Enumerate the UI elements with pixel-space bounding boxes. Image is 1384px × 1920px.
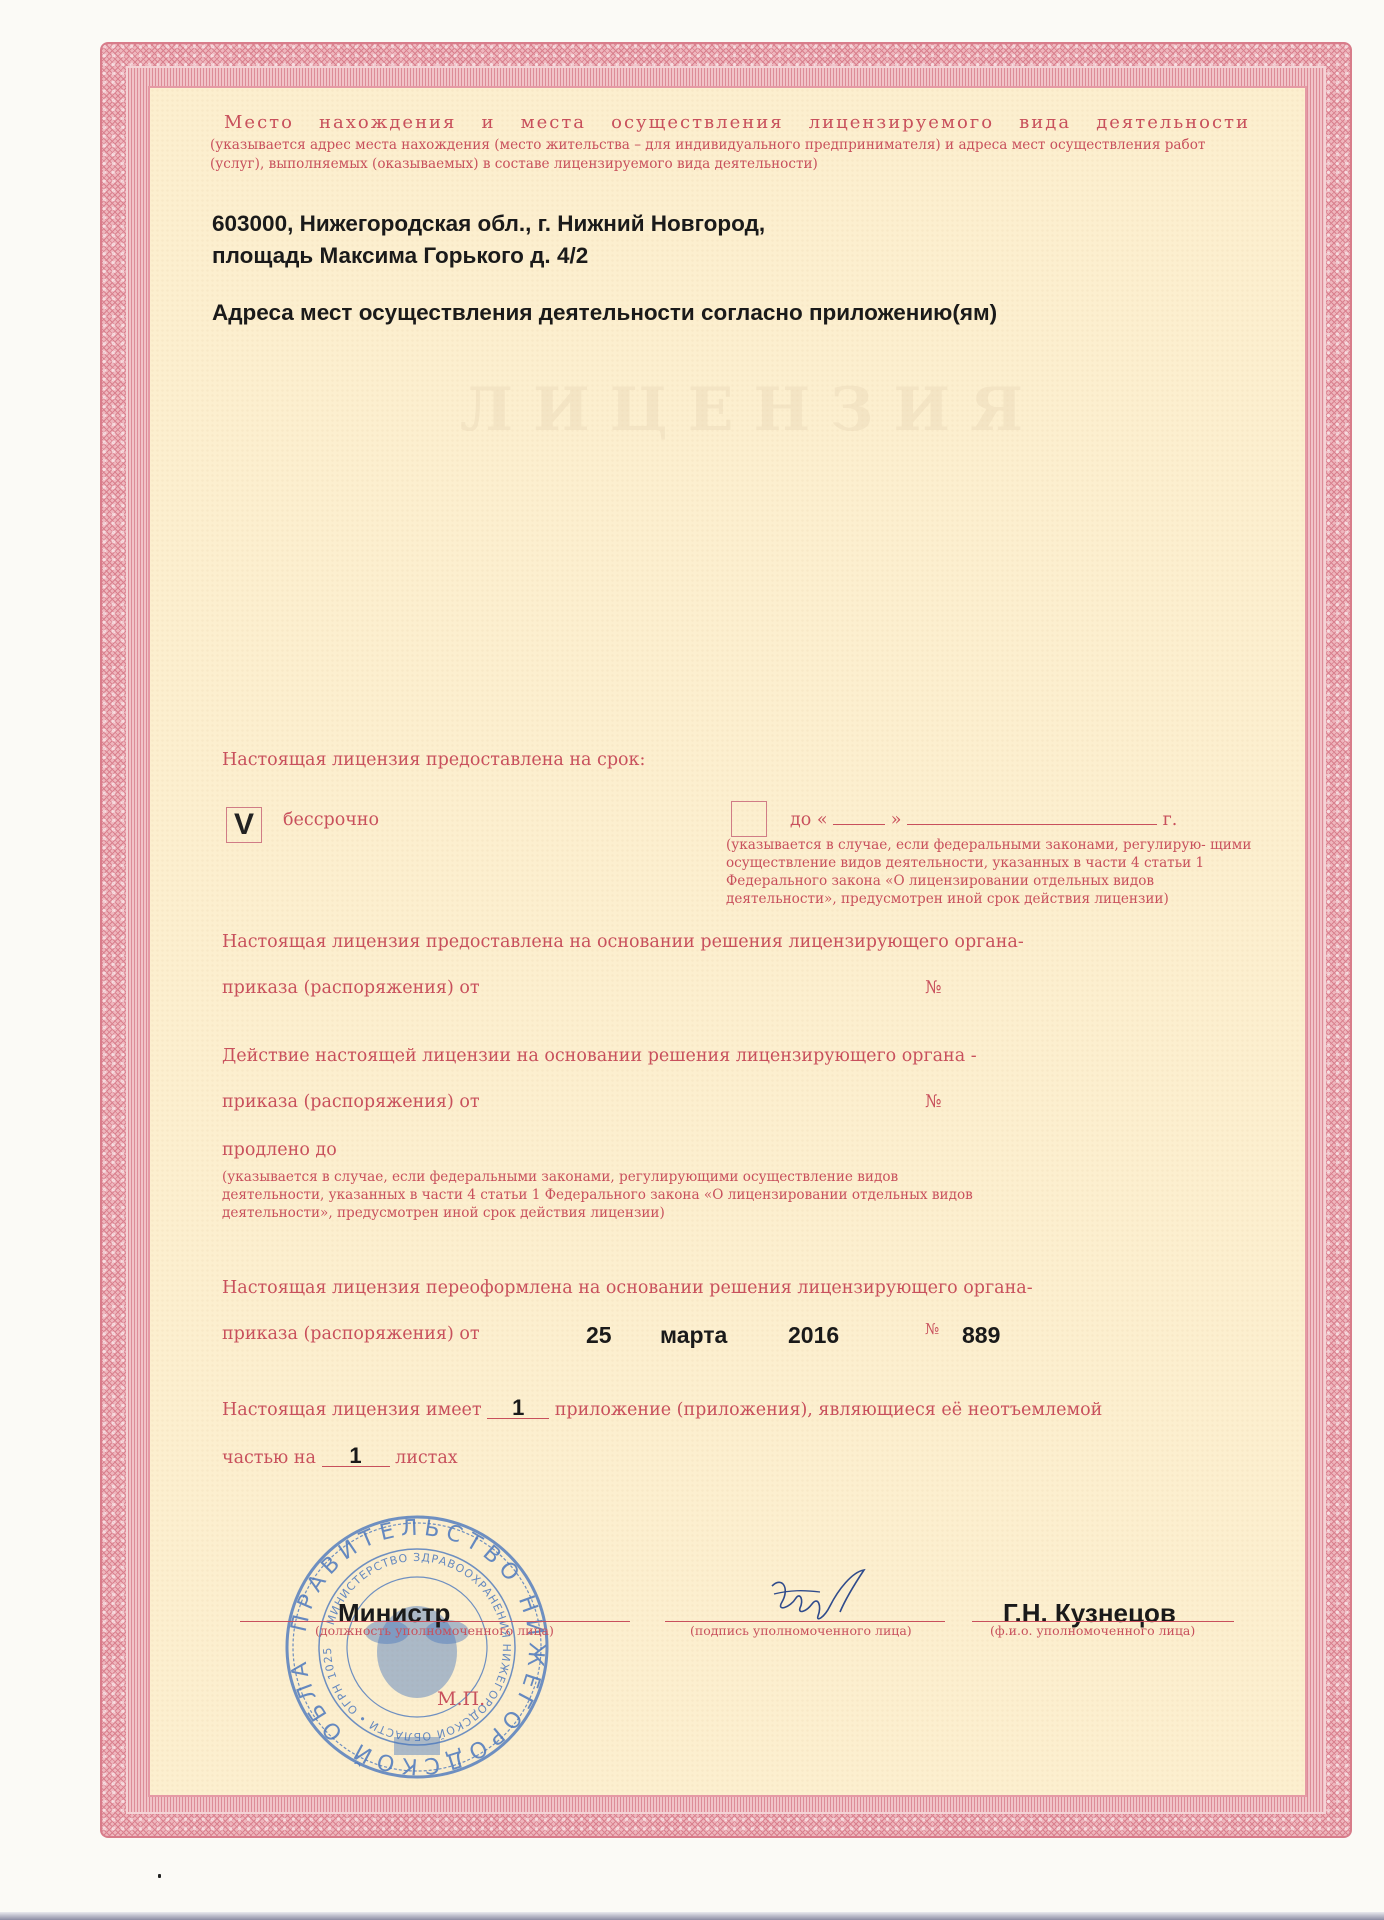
- until-date-row: до « » г.: [790, 810, 1177, 830]
- extension-line-2: приказа (распоряжения) от: [222, 1092, 480, 1112]
- extended-until-label: продлено до: [222, 1140, 337, 1160]
- reissue-number-sign: №: [925, 1320, 939, 1338]
- check-mark-icon: V: [234, 808, 254, 842]
- until-month-year-field[interactable]: [907, 824, 1157, 825]
- reissue-line-1: Настоящая лицензия переоформлена на осно…: [222, 1278, 1033, 1298]
- bleed-through-watermark: ЛИЦЕНЗИЯ: [460, 375, 1020, 435]
- until-checkbox[interactable]: [731, 801, 767, 837]
- reissue-year: 2016: [788, 1322, 839, 1349]
- header-title: Место нахождения и места осуществления л…: [224, 112, 1250, 133]
- until-suffix: г.: [1163, 810, 1178, 830]
- reissue-month: марта: [660, 1322, 727, 1349]
- places-note: Адреса мест осуществления деятельности с…: [212, 300, 997, 326]
- scan-speck: [158, 1874, 161, 1878]
- granted-basis-line-1: Настоящая лицензия предоставлена на осно…: [222, 932, 1024, 952]
- appendices-line-2: частью на 1 листах: [222, 1446, 458, 1468]
- seal-label: М.П.: [437, 1688, 485, 1710]
- name-line: [972, 1621, 1234, 1622]
- signature-line: [665, 1621, 945, 1622]
- position-caption: (должность уполномоченного лица): [315, 1623, 554, 1638]
- extension-line-1: Действие настоящей лицензии на основании…: [222, 1046, 977, 1066]
- official-seal-icon: ПРАВИТЕЛЬСТВО НИЖЕГОРОДСКОЙ ОБЛАСТИ МИНИ…: [282, 1512, 552, 1782]
- address-block: 603000, Нижегородская обл., г. Нижний Но…: [212, 208, 765, 272]
- name-caption: (ф.и.о. уполномоченного лица): [990, 1623, 1195, 1638]
- appendices-count: 1: [487, 1398, 549, 1419]
- reissue-day: 25: [586, 1322, 612, 1349]
- address-line-2: площадь Максима Горького д. 4/2: [212, 240, 765, 272]
- indefinite-label: бессрочно: [283, 810, 379, 830]
- signature-caption: (подпись уполномоченного лица): [690, 1623, 912, 1638]
- until-prefix: до «: [790, 810, 828, 830]
- appendices-prefix: Настоящая лицензия имеет: [222, 1400, 482, 1420]
- extension-number-sign: №: [925, 1092, 942, 1112]
- reissue-line-2: приказа (распоряжения) от: [222, 1324, 480, 1344]
- reissue-number: 889: [962, 1322, 1000, 1349]
- until-note: (указывается в случае, если федеральными…: [726, 836, 1266, 908]
- indefinite-checkbox[interactable]: V: [226, 807, 262, 843]
- until-quote-close: »: [891, 810, 902, 830]
- extension-note: (указывается в случае, если федеральными…: [222, 1168, 1002, 1222]
- granted-number-sign: №: [925, 978, 942, 998]
- appendices-line-1: Настоящая лицензия имеет 1 приложение (п…: [222, 1398, 1102, 1420]
- appendices-suffix-2: листах: [395, 1448, 458, 1468]
- appendices-sheets: 1: [322, 1446, 390, 1467]
- appendices-middle: приложение (приложения), являющиеся её н…: [555, 1400, 1103, 1420]
- until-day-field[interactable]: [833, 824, 885, 825]
- scan-edge: [0, 1912, 1384, 1920]
- header-subtitle: (указывается адрес места нахождения (мес…: [210, 136, 1250, 174]
- granted-basis-line-2: приказа (распоряжения) от: [222, 978, 480, 998]
- address-line-1: 603000, Нижегородская обл., г. Нижний Но…: [212, 208, 765, 240]
- handwritten-signature-icon: [760, 1568, 880, 1628]
- appendices-prefix-2: частью на: [222, 1448, 316, 1468]
- position-line: [240, 1621, 630, 1622]
- term-label: Настоящая лицензия предоставлена на срок…: [222, 750, 645, 770]
